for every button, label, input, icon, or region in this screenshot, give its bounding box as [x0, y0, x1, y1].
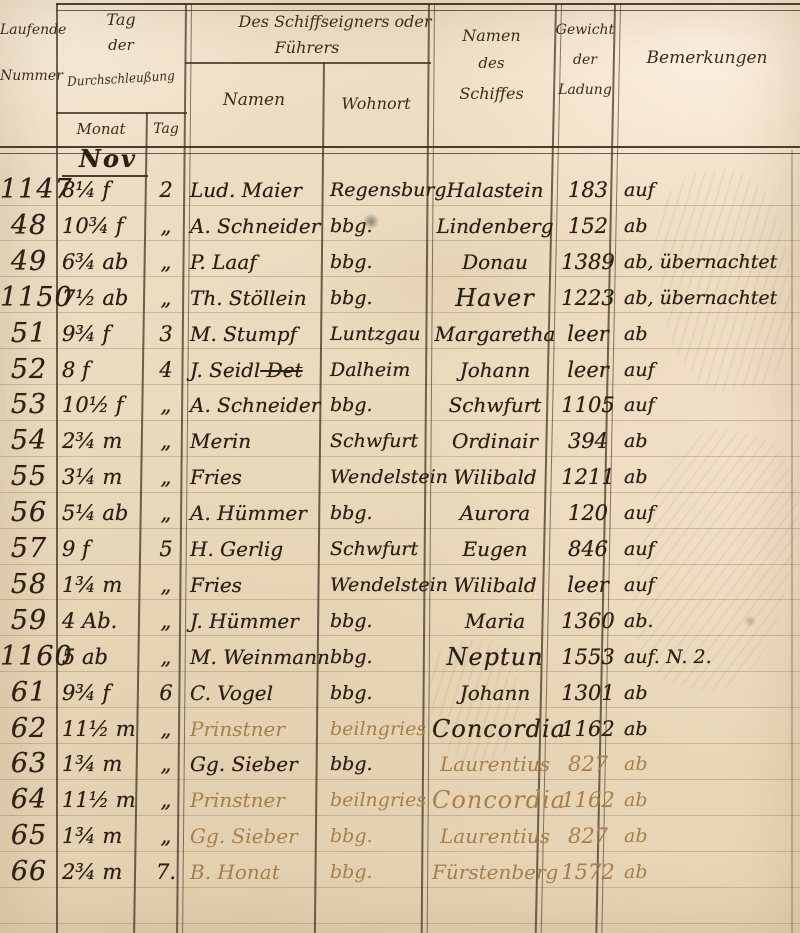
cargo-weight-cell: 120 [556, 495, 620, 531]
day-cell: „ [146, 818, 186, 854]
owner-name-cell: Th. Stöllein [190, 280, 324, 316]
time-cell: 6¾ ab [62, 244, 146, 280]
header-durchschleusung: Durchschleußung [57, 68, 185, 90]
cargo-weight-cell: 846 [556, 531, 620, 567]
ship-name-cell: Wilibald [432, 459, 558, 495]
time-cell: 7½ ab [62, 280, 146, 316]
row-number-cell: 53 [0, 387, 58, 423]
ruled-line [0, 923, 800, 924]
day-cell: „ [146, 423, 186, 459]
ledger-row: 11507½ ab„Th. Stölleinbbg.Haver1223ab, ü… [0, 280, 800, 316]
header-der: der [56, 36, 186, 54]
time-cell: 4 Ab. [62, 603, 146, 639]
cargo-weight-cell: 1553 [556, 639, 620, 675]
day-cell: 6 [146, 675, 186, 711]
ledger-row: 581¾ m„FriesWendelsteinWilibaldleerauf [0, 567, 800, 603]
remark-cell: ab [624, 746, 800, 782]
row-number-cell: 58 [0, 567, 58, 603]
residence-cell: Dalheim [330, 352, 430, 388]
ship-name-cell: Margaretha [432, 316, 558, 352]
residence-cell: beilngries [330, 711, 430, 747]
row-number-cell: 49 [0, 244, 58, 280]
residence-cell: bbg. [330, 854, 430, 890]
day-cell: „ [146, 387, 186, 423]
time-cell: 10¾ f [62, 208, 146, 244]
residence-cell: bbg. [330, 746, 430, 782]
day-cell: 2 [146, 172, 186, 208]
row-number-cell: 66 [0, 854, 58, 890]
time-cell: 1¾ m [62, 567, 146, 603]
row-number-cell: 63 [0, 746, 58, 782]
owner-name-cell: Lud. Maier [190, 172, 324, 208]
header-schiff-1: Namen [428, 26, 555, 45]
ledger-row: 542¾ m„MerinSchwfurtOrdinair394ab [0, 423, 800, 459]
day-cell: 4 [146, 352, 186, 388]
ledger-row: 4810¾ f„A. Schneiderbbg.Lindenberg152ab [0, 208, 800, 244]
owner-name-cell: Gg. Sieber [190, 818, 324, 854]
ledger-row: 528 f4J. Seidl DetDalheimJohannleerauf [0, 352, 800, 388]
time-cell: 1¾ m [62, 746, 146, 782]
residence-cell: bbg. [330, 675, 430, 711]
cargo-weight-cell: 1162 [556, 782, 620, 818]
owner-name-cell: A. Hümmer [190, 495, 324, 531]
owner-name-cell: B. Honat [190, 854, 324, 890]
residence-cell: bbg. [330, 603, 430, 639]
row-number-cell: 1150 [0, 280, 58, 316]
remark-cell: ab, übernachtet [624, 244, 800, 280]
residence-cell: Regensburg [330, 172, 430, 208]
header-gewicht-2: der [555, 52, 615, 68]
day-cell: 3 [146, 316, 186, 352]
day-cell: 7. [146, 854, 186, 890]
cargo-weight-cell: 827 [556, 818, 620, 854]
row-number-cell: 62 [0, 711, 58, 747]
header-tag: Tag [56, 10, 186, 29]
cargo-weight-cell: 1360 [556, 603, 620, 639]
row-number-cell: 52 [0, 352, 58, 388]
header-tag-sub: Tag [146, 121, 186, 137]
residence-cell: bbg. [330, 495, 430, 531]
owner-name-cell: Prinstner [190, 711, 324, 747]
ship-name-cell: Wilibald [432, 567, 558, 603]
day-cell: „ [146, 639, 186, 675]
owner-name-cell: Fries [190, 567, 324, 603]
residence-cell: bbg. [330, 387, 430, 423]
owner-name-cell: C. Vogel [190, 675, 324, 711]
header-laufende: Laufende [0, 22, 56, 38]
remark-cell: auf [624, 352, 800, 388]
day-cell: „ [146, 746, 186, 782]
ledger-row: 662¾ m7.B. Honatbbg.Fürstenberg1572ab [0, 854, 800, 890]
remark-cell: ab. [624, 603, 800, 639]
remark-cell: ab [624, 854, 800, 890]
month-label: Nov [68, 144, 148, 173]
owner-name-cell: Prinstner [190, 782, 324, 818]
owner-name-cell: Fries [190, 459, 324, 495]
ship-name-cell: Schwfurt [432, 387, 558, 423]
ledger-row: 553¼ m„FriesWendelsteinWilibald1211ab [0, 459, 800, 495]
row-number-cell: 64 [0, 782, 58, 818]
ship-name-cell: Haver [432, 280, 558, 316]
residence-cell: Schwfurt [330, 531, 430, 567]
day-cell: „ [146, 280, 186, 316]
row-number-cell: 65 [0, 818, 58, 854]
time-cell: 9¾ f [62, 316, 146, 352]
header-gewicht-3: Ladung [555, 82, 615, 98]
remark-cell: ab [624, 711, 800, 747]
header-wohnort: Wohnort [323, 94, 429, 113]
residence-cell: bbg. [330, 280, 430, 316]
time-cell: 2¾ m [62, 423, 146, 459]
cargo-weight-cell: 152 [556, 208, 620, 244]
remark-cell: auf [624, 495, 800, 531]
row-number-cell: 1147 [0, 172, 58, 208]
time-cell: 10½ f [62, 387, 146, 423]
remark-cell: auf [624, 531, 800, 567]
owner-name-cell: M. Stumpf [190, 316, 324, 352]
remark-cell: ab [624, 782, 800, 818]
day-cell: „ [146, 244, 186, 280]
ledger-row: 5310½ f„A. Schneiderbbg.Schwfurt1105auf [0, 387, 800, 423]
ship-name-cell: Laurentius [432, 818, 558, 854]
remark-cell: auf [624, 172, 800, 208]
ledger-row: 11478¼ f2Lud. MaierRegensburgHalastein18… [0, 172, 800, 208]
ship-name-cell: Johann [432, 675, 558, 711]
ledger-row: 6211½ m„PrinstnerbeilngriesConcordia1162… [0, 711, 800, 747]
ship-name-cell: Neptun [432, 639, 558, 675]
ship-name-cell: Halastein [432, 172, 558, 208]
cargo-weight-cell: leer [556, 316, 620, 352]
owner-name-cell: Merin [190, 423, 324, 459]
ship-name-cell: Donau [432, 244, 558, 280]
time-cell: 5¼ ab [62, 495, 146, 531]
residence-cell: bbg. [330, 244, 430, 280]
day-cell: „ [146, 603, 186, 639]
day-cell: 5 [146, 531, 186, 567]
day-cell: „ [146, 782, 186, 818]
day-cell: „ [146, 208, 186, 244]
header-monat: Monat [56, 120, 146, 138]
ship-name-cell: Lindenberg [432, 208, 558, 244]
time-cell: 11½ m [62, 782, 146, 818]
remark-cell: ab [624, 423, 800, 459]
residence-cell: beilngries [330, 782, 430, 818]
owner-name-cell: J. Hümmer [190, 603, 324, 639]
row-number-cell: 56 [0, 495, 58, 531]
cargo-weight-cell: leer [556, 352, 620, 388]
row-number-cell: 1160 [0, 639, 58, 675]
owner-name-cell: A. Schneider [190, 208, 324, 244]
row-number-cell: 48 [0, 208, 58, 244]
row-number-cell: 57 [0, 531, 58, 567]
ledger-row: 594 Ab.„J. Hümmerbbg.Maria1360ab. [0, 603, 800, 639]
time-cell: 8¼ f [62, 172, 146, 208]
header-fuehrers: Führers [185, 38, 429, 57]
ship-name-cell: Ordinair [432, 423, 558, 459]
remark-cell: ab [624, 459, 800, 495]
ship-name-cell: Concordia [432, 711, 558, 747]
cargo-weight-cell: 1211 [556, 459, 620, 495]
header-schiff-3: Schiffes [428, 84, 555, 103]
day-cell: „ [146, 567, 186, 603]
row-number-cell: 55 [0, 459, 58, 495]
ledger-page: Laufende Nummer Tag der Durchschleußung … [0, 0, 800, 933]
ledger-row: 6411½ m„PrinstnerbeilngriesConcordia1162… [0, 782, 800, 818]
cargo-weight-cell: 1105 [556, 387, 620, 423]
row-number-cell: 61 [0, 675, 58, 711]
remark-cell: ab [624, 316, 800, 352]
day-cell: „ [146, 711, 186, 747]
remark-cell: ab [624, 675, 800, 711]
owner-name-cell: Gg. Sieber [190, 746, 324, 782]
ledger-row: 619¾ f6C. Vogelbbg.Johann1301ab [0, 675, 800, 711]
ledger-row: 11605 ab„M. Weinmannbbg.Neptun1553auf. N… [0, 639, 800, 675]
time-cell: 1¾ m [62, 818, 146, 854]
ledger-row: 496¾ ab„P. Laafbbg.Donau1389ab, übernach… [0, 244, 800, 280]
cargo-weight-cell: leer [556, 567, 620, 603]
owner-name-cell: M. Weinmann [190, 639, 324, 675]
owner-group-divider [185, 62, 431, 64]
residence-cell: bbg. [330, 818, 430, 854]
ship-name-cell: Fürstenberg [432, 854, 558, 890]
residence-cell: Wendelstein [330, 567, 430, 603]
ship-name-cell: Concordia [432, 782, 558, 818]
day-cell: „ [146, 459, 186, 495]
time-cell: 5 ab [62, 639, 146, 675]
ship-name-cell: Johann [432, 352, 558, 388]
residence-cell: Schwfurt [330, 423, 430, 459]
residence-cell: Luntzgau [330, 316, 430, 352]
owner-name-cell: A. Schneider [190, 387, 324, 423]
header-namen: Namen [185, 90, 323, 110]
ledger-row: 565¼ ab„A. Hümmerbbg.Aurora120auf [0, 495, 800, 531]
header-bemerkungen: Bemerkungen [614, 48, 800, 68]
header-gewicht-1: Gewicht [555, 22, 615, 38]
header-nummer: Nummer [0, 68, 56, 84]
cargo-weight-cell: 1162 [556, 711, 620, 747]
header-schiff-2: des [428, 54, 555, 72]
time-cell: 11½ m [62, 711, 146, 747]
ship-name-cell: Eugen [432, 531, 558, 567]
ship-name-cell: Laurentius [432, 746, 558, 782]
cargo-weight-cell: 1301 [556, 675, 620, 711]
remark-cell: auf [624, 387, 800, 423]
struck-text: Det [260, 358, 302, 382]
ledger-row: 519¾ f3M. StumpfLuntzgauMargarethaleerab [0, 316, 800, 352]
row-number-cell: 54 [0, 423, 58, 459]
ship-name-cell: Aurora [432, 495, 558, 531]
residence-cell: Wendelstein [330, 459, 430, 495]
time-cell: 9 f [62, 531, 146, 567]
cargo-weight-cell: 1572 [556, 854, 620, 890]
remark-cell: ab [624, 818, 800, 854]
cargo-weight-cell: 394 [556, 423, 620, 459]
ship-name-cell: Maria [432, 603, 558, 639]
residence-cell: bbg. [330, 639, 430, 675]
cargo-weight-cell: 1389 [556, 244, 620, 280]
cargo-weight-cell: 183 [556, 172, 620, 208]
owner-name-cell: P. Laaf [190, 244, 324, 280]
remark-cell: auf. N. 2. [624, 639, 800, 675]
ledger-row: 651¾ m„Gg. Sieberbbg.Laurentius827ab [0, 818, 800, 854]
time-cell: 8 f [62, 352, 146, 388]
cargo-weight-cell: 827 [556, 746, 620, 782]
time-cell: 9¾ f [62, 675, 146, 711]
owner-name-cell: J. Seidl Det [190, 352, 324, 388]
remark-cell: auf [624, 567, 800, 603]
time-cell: 2¾ m [62, 854, 146, 890]
owner-name-cell: H. Gerlig [190, 531, 324, 567]
ledger-row: 579 f5H. GerligSchwfurtEugen846auf [0, 531, 800, 567]
month-day-divider [56, 112, 187, 114]
row-number-cell: 59 [0, 603, 58, 639]
ledger-row: 631¾ m„Gg. Sieberbbg.Laurentius827ab [0, 746, 800, 782]
remark-cell: ab, übernachtet [624, 280, 800, 316]
time-cell: 3¼ m [62, 459, 146, 495]
residence-cell: bbg. [330, 208, 430, 244]
cargo-weight-cell: 1223 [556, 280, 620, 316]
remark-cell: ab [624, 208, 800, 244]
row-number-cell: 51 [0, 316, 58, 352]
day-cell: „ [146, 495, 186, 531]
